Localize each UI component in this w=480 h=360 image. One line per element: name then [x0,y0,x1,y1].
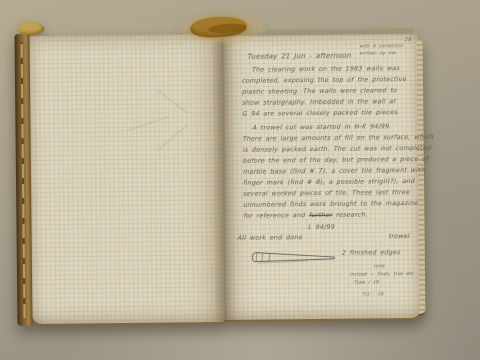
handwritten-line: The clearing work on the 1983 walls was [252,66,424,74]
sketch-note: incised — finds, trial etc. [350,273,415,278]
sketch-note: Type / 18 [354,281,379,286]
handwritten-line: several worked pieces of tile. These las… [243,190,415,198]
margin-note-line1: with A correction [360,45,404,50]
footer-right-note: trowel [388,234,409,241]
final-line-post: research. [332,211,368,218]
ink-bleed-ghost [118,92,193,157]
handwritten-line: A trowel cut was started in H-K 94/99. [252,124,424,132]
right-page: 28 Tuesday 21 Jun - afternoon with A cor… [222,34,421,322]
handwritten-line: before the end of the day, but produced … [243,157,415,165]
corner-stain [18,22,44,35]
handwritten-line: finger mark (find # 8), a possible strig… [243,179,415,187]
page-number: 28 [404,38,411,43]
handwritten-line-with-strikethrough: for reference and further research. [243,212,415,220]
handwritten-line: completed, exposing the top of the prote… [242,77,414,85]
handwritten-line: is densely packed earth. The cut was not… [243,146,415,154]
open-notebook: 28 Tuesday 21 Jun - afternoon with A cor… [14,28,425,326]
handwritten-line: marble base (find # 7), a cover tile fra… [243,168,415,176]
handwritten-line: G 94 are several closely packed tile pie… [242,110,414,118]
handwritten-line: plastic sheeting. The walls were cleaned… [242,88,414,96]
handwritten-line: There are large amounts of fill on the s… [242,135,414,143]
struck-word: further [309,212,333,219]
sketch-note: 7/1 - 18 [362,293,384,298]
grid-reference-line: L 94/99 [223,224,419,232]
margin-note-line2: written by me [359,52,395,57]
artifact-sketch [246,245,342,272]
sketch-caption: 2 finished edges [342,250,401,257]
handwritten-line: unnumbered finds were brought to the mag… [243,201,415,209]
left-page [30,34,225,326]
final-line-pre: for reference and [243,212,309,220]
notebook-photo: 28 Tuesday 21 Jun - afternoon with A cor… [0,0,480,360]
handwritten-line: show stratigraphy. Imbedded in the wall … [242,99,414,107]
footer-left-note: All work end done [238,235,303,242]
sketch-note: note [374,265,385,270]
